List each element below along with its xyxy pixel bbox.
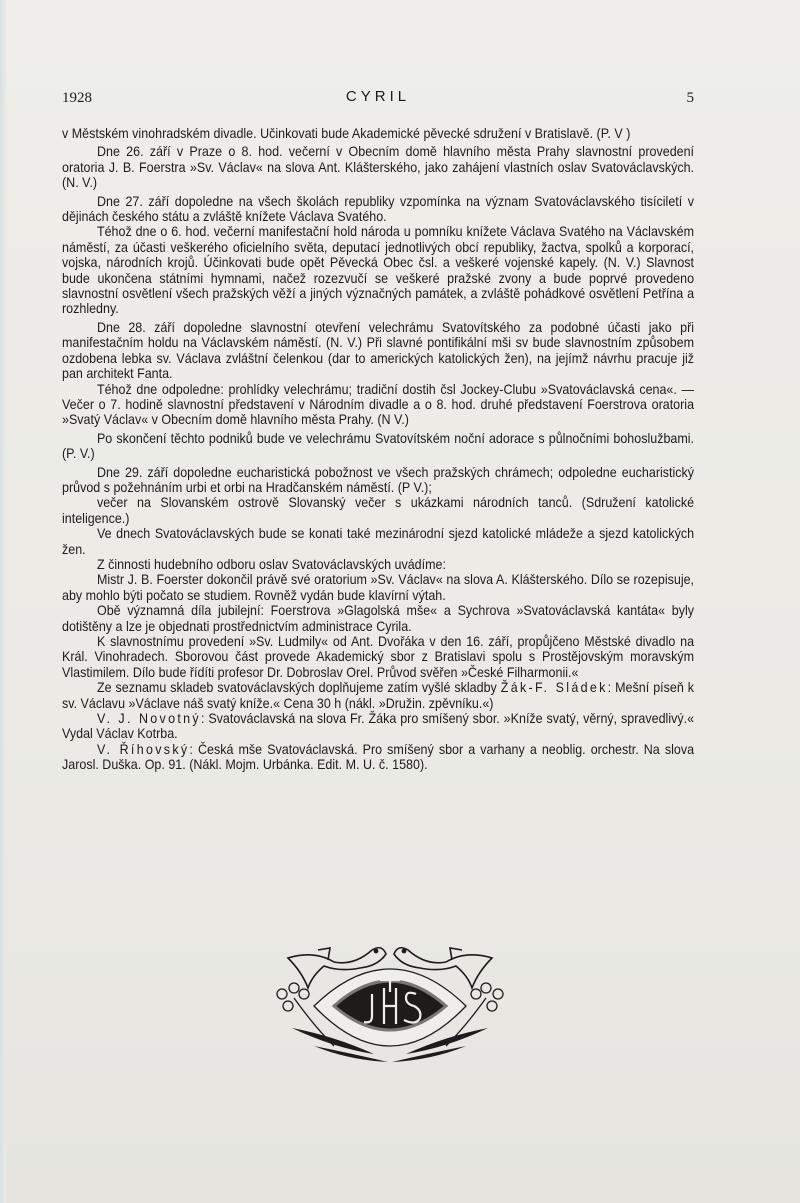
paragraph: Téhož dne odpoledne: prohlídky velechrám… [62,382,694,428]
composition-entry: V. Říhovský: Česká mše Svatováclavská. P… [62,742,694,773]
composition-entry: Ze seznamu skladeb svatováclavských dopl… [62,680,694,711]
paragraph: Po skončení těchto podniků bude ve velec… [62,431,694,462]
paragraph: Téhož dne o 6. hod. večerní manifestační… [62,224,694,316]
page-edge [0,0,6,1203]
paragraph: v Městském vinohradském divadle. Učinkov… [62,126,694,141]
running-header: 1928 CYRIL 5 [62,88,694,110]
article-body: v Městském vinohradském divadle. Učinkov… [62,126,694,773]
paragraph: Dne 26. září v Praze o 8. hod. večerní v… [62,144,694,190]
paragraph: večer na Slovanském ostrově Slovanský ve… [62,495,694,526]
ihs-vignette-ornament [274,936,506,1076]
paragraph: Z činnosti hudebního odboru oslav Svatov… [62,557,694,572]
paragraph: Dne 28. září dopoledne slavnostní otevře… [62,320,694,382]
page-number: 5 [687,90,695,107]
composer-name: V. J. Novotný [97,711,201,726]
paragraph: Mistr J. B. Foerster dokončil právě své … [62,572,694,603]
composer-name: Žák-F. Sládek [501,680,608,695]
paragraph: Ve dnech Svatováclavských bude se konati… [62,526,694,557]
paragraph: K slavnostnímu provedení »Sv. Ludmily« o… [62,634,694,680]
paragraph: Obě významná díla jubilejní: Foerstrova … [62,603,694,634]
paragraph: Dne 27. září dopoledne na všech školách … [62,194,694,225]
composition-entry: V. J. Novotný: Svatováclavská na slova F… [62,711,694,742]
paragraph: Dne 29. září dopoledne eucharistická pob… [62,465,694,496]
journal-title: CYRIL [62,88,694,105]
composer-name: V. Říhovský [97,742,189,757]
document-page: 1928 CYRIL 5 v Městském vinohradském div… [0,0,800,1203]
